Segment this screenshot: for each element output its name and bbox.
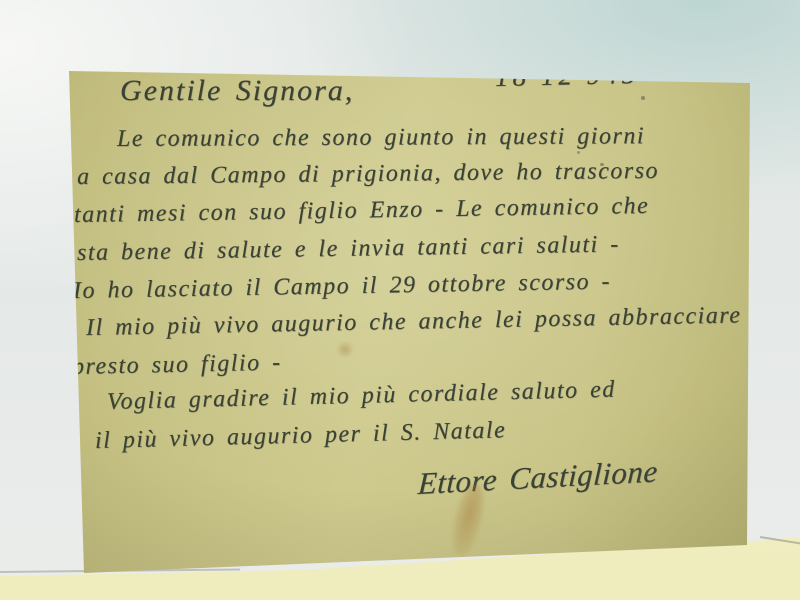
letter-line: Le comunico che sono giunto in questi gi… [117,123,645,153]
photo-of-postcard: 18·12·945 Gentile Signora, Le comunico c… [0,0,800,600]
letter-salutation: Gentile Signora, [120,74,354,108]
speck [577,151,580,154]
stain [336,342,354,357]
speck [600,163,604,166]
letter-line: presto suo figlio - [72,350,282,381]
postcard: 18·12·945 Gentile Signora, Le comunico c… [0,0,800,600]
speck [641,96,645,100]
